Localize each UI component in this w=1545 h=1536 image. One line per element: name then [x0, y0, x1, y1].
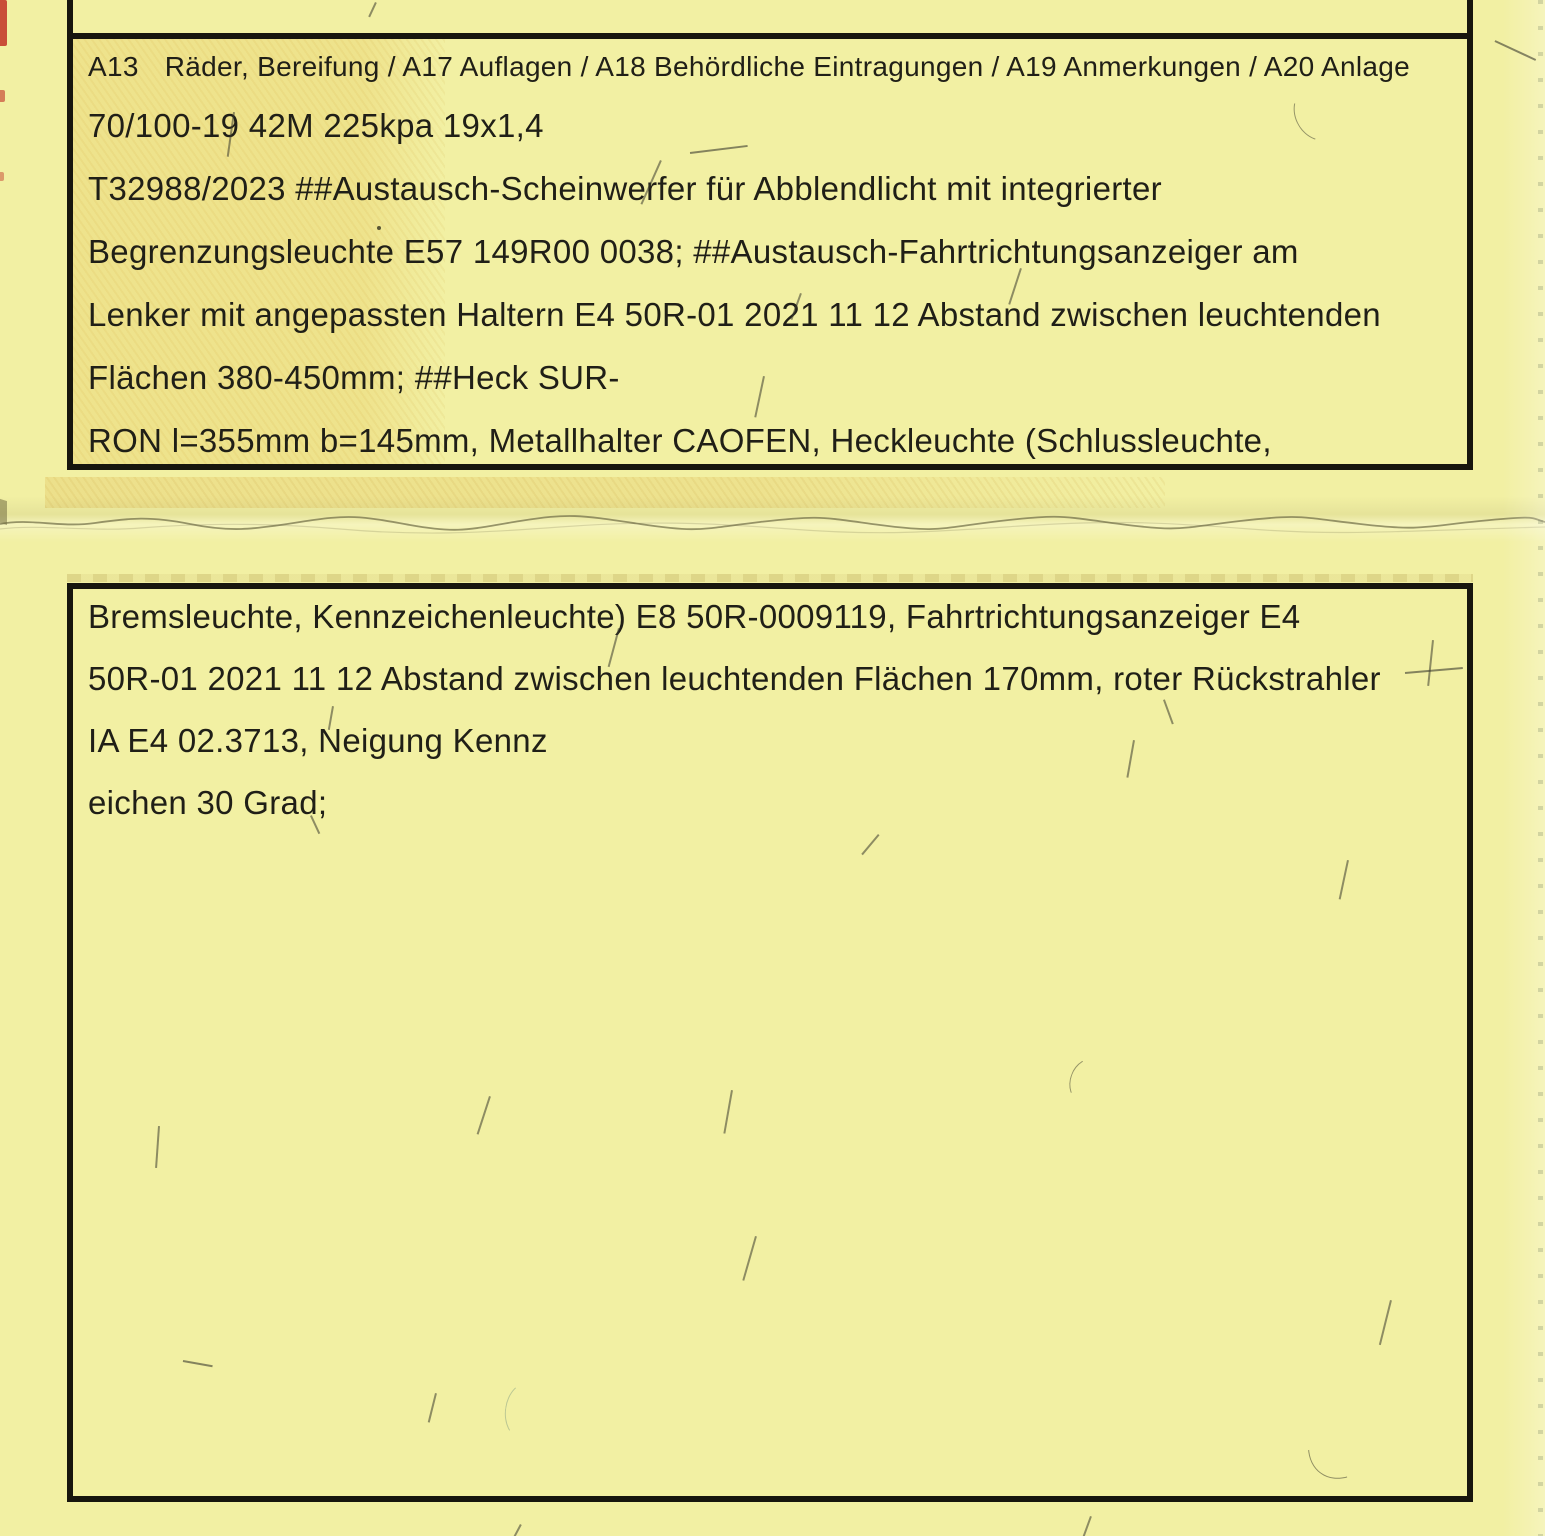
fold-crease: [0, 502, 1545, 542]
perforation-edge: [1538, 0, 1543, 1536]
text-line: Bremsleuchte, Kennzeichenleuchte) E8 50R…: [88, 586, 1459, 648]
scratch-mark: [1080, 1516, 1091, 1536]
text-line: Begrenzungsleuchte E57 149R00 0038; ##Au…: [88, 220, 1459, 283]
text-line: eichen 30 Grad;: [88, 772, 1459, 834]
scratch-mark: [511, 1524, 522, 1536]
field-title-a13: Räder, Bereifung / A17 Auflagen / A18 Be…: [165, 51, 1410, 82]
text-line: Flächen 380-450mm; ##Heck SUR-: [88, 346, 1459, 409]
paper-notch: [0, 499, 7, 525]
continuation-text: Bremsleuchte, Kennzeichenleuchte) E8 50R…: [88, 586, 1459, 834]
text-line: 70/100-19 42M 225kpa 19x1,4: [88, 94, 1459, 157]
text-line: Lenker mit angepassten Haltern E4 50R-01…: [88, 283, 1459, 346]
text-line: T32988/2023 ##Austausch-Scheinwerfer für…: [88, 157, 1459, 220]
red-edge-mark: [0, 90, 5, 102]
section-a13-box: A13Räder, Bereifung / A17 Auflagen / A18…: [67, 33, 1473, 470]
red-edge-mark: [0, 172, 4, 181]
text-line: 50R-01 2021 11 12 Abstand zwischen leuch…: [88, 648, 1459, 710]
previous-box-right-border: [1467, 0, 1473, 33]
fold-crease-shadow: [0, 496, 1545, 542]
field-code-a13: A13: [88, 51, 139, 82]
text-line: RON l=355mm b=145mm, Metallhalter CAOFEN…: [88, 409, 1459, 472]
continuation-box: Bremsleuchte, Kennzeichenleuchte) E8 50R…: [67, 583, 1473, 1502]
watermark-strip: [45, 477, 1165, 508]
watermark-strip-2: [67, 574, 1473, 582]
ink-dot: [377, 226, 381, 230]
scanned-registration-document: A13Räder, Bereifung / A17 Auflagen / A18…: [0, 0, 1545, 1536]
section-a13-text: 70/100-19 42M 225kpa 19x1,4 T32988/2023 …: [88, 94, 1459, 472]
text-line: IA E4 02.3713, Neigung Kennz: [88, 710, 1459, 772]
red-edge-mark: [0, 0, 7, 46]
scratch-mark: [368, 2, 376, 17]
previous-box-left-border: [67, 0, 73, 33]
section-a13-header: A13Räder, Bereifung / A17 Auflagen / A18…: [88, 51, 1410, 83]
